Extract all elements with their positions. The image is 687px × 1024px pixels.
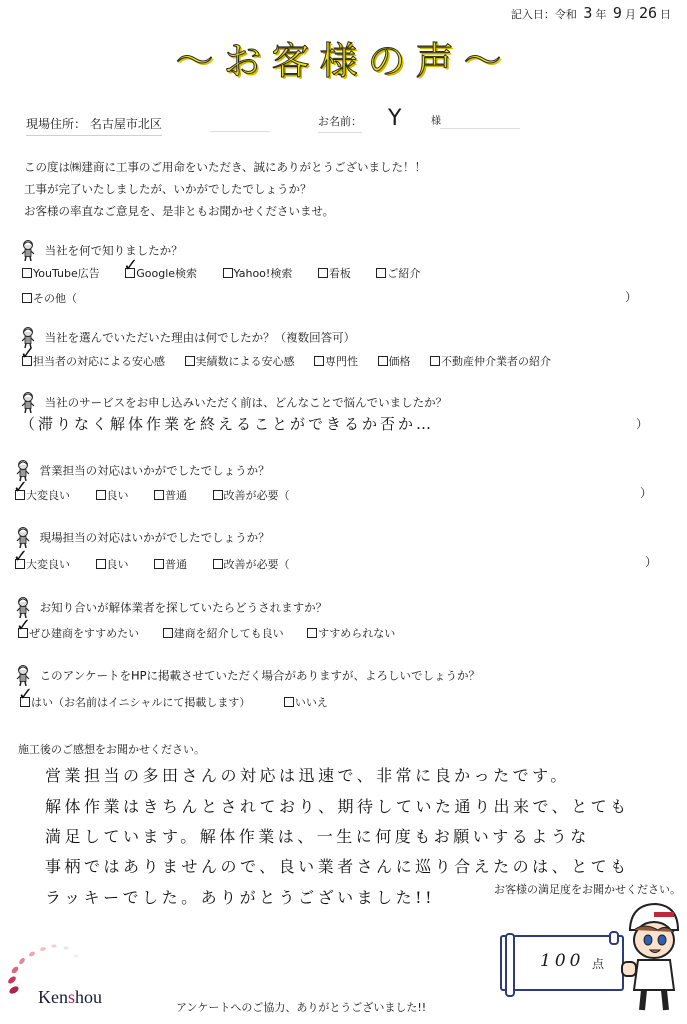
question-2: 当社を選んでいただいた理由は何でしたか？（複数回答可） <box>20 327 355 349</box>
option-youtube[interactable]: YouTube広告 <box>22 265 100 281</box>
q6-options: ✓ぜひ建商をすすめたい 建商を紹介しても良い すすめられない <box>18 625 415 641</box>
year-unit: 年 <box>595 8 606 21</box>
logo-part: hou <box>75 987 102 1007</box>
question-text: 当社を選んでいただいた理由は何でしたか？（複数回答可） <box>45 331 356 345</box>
score-unit: 点 <box>592 955 604 972</box>
worker-icon <box>20 392 36 414</box>
option-average[interactable]: 普通 <box>154 487 187 503</box>
q3-answer: （滞りなく解体作業を終えることができるか否か… <box>20 413 434 434</box>
close-paren: ） <box>645 553 657 570</box>
option-label: Google検索 <box>136 267 197 280</box>
option-label: 専門性 <box>325 355 358 368</box>
option-price[interactable]: 価格 <box>378 353 411 369</box>
checkbox[interactable] <box>154 559 164 569</box>
option-no-publish[interactable]: いいえ <box>284 694 328 710</box>
option-good[interactable]: 良い <box>96 556 129 572</box>
option-label: Yahoo!検索 <box>234 267 293 280</box>
option-referral[interactable]: ご紹介 <box>376 265 420 281</box>
address-label: 現場住所： <box>26 117 86 131</box>
option-label: 担当者の対応による安心感 <box>33 355 165 368</box>
option-label: ご紹介 <box>387 267 420 280</box>
intro-line: お客様の率直なご意見を、是非ともお聞かせくださいませ。 <box>24 200 426 222</box>
checkbox[interactable] <box>22 293 32 303</box>
option-needs-improvement[interactable]: 改善が必要（ <box>213 556 290 572</box>
question-text: 現場担当の対応はいかがでしたでしょうか？ <box>40 531 270 545</box>
page-title: ～お客様の声～ <box>0 30 687 85</box>
checkbox[interactable] <box>430 356 440 366</box>
close-paren: ） <box>636 415 648 432</box>
question-3: 当社のサービスをお申し込みいただく前は、どんなことで悩んでいましたか？ <box>20 392 447 414</box>
option-not-recommend[interactable]: すすめられない <box>307 625 395 641</box>
option-label: 良い <box>107 489 129 502</box>
satisfaction-label: お客様の満足度をお聞かせください。 <box>494 881 681 897</box>
close-paren: ） <box>625 288 637 305</box>
option-staff-response[interactable]: ✓担当者の対応による安心感 <box>22 353 165 369</box>
option-signboard[interactable]: 看板 <box>318 265 351 281</box>
checkbox[interactable] <box>376 268 386 278</box>
handwritten-answer: 滞りなく解体作業を終えることができるか否か… <box>38 415 434 433</box>
q4-options: ✓大変良い 良い 普通 改善が必要（ <box>15 487 310 503</box>
date-month: 9 <box>613 4 622 22</box>
option-label: ぜひ建商をすすめたい <box>29 627 139 640</box>
question-text: 当社を何で知りましたか？ <box>45 244 183 258</box>
option-label: 不動産仲介業者の紹介 <box>441 355 551 368</box>
entry-date: 記入日：令和 3年 9月26日 <box>511 4 671 22</box>
check-mark-icon: ✓ <box>16 615 31 636</box>
option-label: 大変良い <box>26 558 70 571</box>
option-label: いいえ <box>295 696 328 709</box>
name-label: お名前： <box>318 113 362 133</box>
check-mark-icon: ✓ <box>20 343 35 364</box>
checkbox[interactable] <box>22 268 32 278</box>
option-label: はい（お名前はイニシャルにて掲載します） <box>31 696 250 709</box>
checkbox[interactable] <box>318 268 328 278</box>
q7-options: ✓はい（お名前はイニシャルにて掲載します） いいえ <box>20 694 348 710</box>
checkbox[interactable] <box>223 268 233 278</box>
question-text: 当社のサービスをお申し込みいただく前は、どんなことで悩んでいましたか？ <box>45 396 448 410</box>
question-1: 当社を何で知りましたか？ <box>20 240 183 262</box>
option-label: 価格 <box>389 355 411 368</box>
option-yes-publish[interactable]: ✓はい（お名前はイニシャルにて掲載します） <box>20 694 250 710</box>
intro-line: 工事が完了いたしましたが、いかがでしたでしょうか？ <box>24 178 426 200</box>
date-year: 3 <box>583 4 592 22</box>
option-label: 普通 <box>165 489 187 502</box>
q5-options: ✓大変良い 良い 普通 改善が必要（ <box>15 556 310 572</box>
question-7: このアンケートをHPに掲載させていただく場合がありますが、よろしいでしょうか？ <box>15 665 480 687</box>
question-5: 現場担当の対応はいかがでしたでしょうか？ <box>15 527 270 549</box>
option-realestate-referral[interactable]: 不動産仲介業者の紹介 <box>430 353 551 369</box>
comment-line: 解体作業はきちんとされており、期待していた通り出来で、とても <box>45 794 630 817</box>
option-google[interactable]: ✓Google検索 <box>125 265 197 281</box>
option-label: 実績数による安心感 <box>196 355 295 368</box>
checkbox[interactable] <box>213 490 223 500</box>
open-paren: （ <box>20 415 38 433</box>
checkbox[interactable] <box>284 697 294 707</box>
check-mark-icon: ✓ <box>123 255 138 276</box>
option-label: 普通 <box>165 558 187 571</box>
option-label: 改善が必要（ <box>224 489 290 502</box>
satisfaction-score: 100 <box>540 951 584 971</box>
checkbox[interactable] <box>185 356 195 366</box>
checkbox[interactable] <box>307 628 317 638</box>
q1-options: YouTube広告 ✓Google検索 Yahoo!検索 看板 ご紹介 <box>22 265 440 281</box>
comment-line: 営業担当の多田さんの対応は迅速で、非常に良かったです。 <box>45 763 570 786</box>
site-address: 現場住所： 名古屋市北区 <box>26 115 162 136</box>
option-may-introduce[interactable]: 建商を紹介しても良い <box>163 625 284 641</box>
question-text: このアンケートをHPに掲載させていただく場合がありますが、よろしいでしょうか？ <box>40 669 480 683</box>
option-label: すすめられない <box>318 627 395 640</box>
logo-accent: s <box>68 987 75 1007</box>
intro-text: この度は㈱建商に工事のご用命をいただき、誠にありがとうございました！！ 工事が完… <box>24 156 426 222</box>
checkbox[interactable] <box>96 490 106 500</box>
kenshou-logo-text: Kenshou <box>38 987 102 1008</box>
comment-line: 満足しています。解体作業は、一生に何度もお願いするような <box>45 824 590 847</box>
option-label: YouTube広告 <box>33 267 100 280</box>
comment-line: 事柄ではありませんので、良い業者さんに巡り合えたのは、とても <box>45 854 630 877</box>
option-recommend-strongly[interactable]: ✓ぜひ建商をすすめたい <box>18 625 139 641</box>
worker-icon <box>20 240 36 262</box>
checkbox[interactable] <box>213 559 223 569</box>
option-very-good[interactable]: ✓大変良い <box>15 556 70 572</box>
option-average[interactable]: 普通 <box>154 556 187 572</box>
option-label: 建商を紹介しても良い <box>174 627 284 640</box>
address-value: 名古屋市北区 <box>90 117 162 131</box>
checkbox[interactable] <box>154 490 164 500</box>
logo-part: Ken <box>38 987 68 1007</box>
date-label: 記入日：令和 <box>511 8 577 21</box>
question-6: お知り合いが解体業者を探していたらどうされますか？ <box>15 597 327 619</box>
check-mark-icon: ✓ <box>13 477 28 498</box>
option-expertise[interactable]: 専門性 <box>314 353 358 369</box>
name-underline <box>440 128 520 129</box>
check-mark-icon: ✓ <box>13 546 28 567</box>
q2-options: ✓担当者の対応による安心感 実績数による安心感 専門性 価格 不動産仲介業者の紹… <box>22 353 571 369</box>
option-label: 大変良い <box>26 489 70 502</box>
option-good[interactable]: 良い <box>96 487 129 503</box>
day-unit: 日 <box>660 8 671 21</box>
option-label: 良い <box>107 558 129 571</box>
option-needs-improvement[interactable]: 改善が必要（ <box>213 487 290 503</box>
option-yahoo[interactable]: Yahoo!検索 <box>223 265 293 281</box>
checkbox[interactable] <box>314 356 324 366</box>
satisfaction-score-scroll: 100 点 <box>500 935 624 991</box>
checkbox[interactable] <box>96 559 106 569</box>
comments-label: 施工後のご感想をお聞かせください。 <box>18 741 205 757</box>
thanks-message: アンケートへのご協力、ありがとうございました!! <box>176 999 426 1015</box>
month-unit: 月 <box>625 8 636 21</box>
address-underline <box>210 131 270 132</box>
checkbox[interactable] <box>378 356 388 366</box>
customer-name: Y <box>388 106 401 131</box>
option-label: 改善が必要（ <box>224 558 290 571</box>
checkbox[interactable] <box>163 628 173 638</box>
check-mark-icon: ✓ <box>18 684 33 705</box>
mascot-worker-icon <box>620 900 684 1012</box>
option-label: その他（ <box>33 292 77 305</box>
comment-line: ラッキーでした。ありがとうございました!! <box>45 885 435 908</box>
date-day: 26 <box>639 4 657 22</box>
question-text: 営業担当の対応はいかがでしたでしょうか？ <box>40 464 270 478</box>
option-label: 看板 <box>329 267 351 280</box>
option-other[interactable]: その他（ <box>22 290 77 306</box>
intro-line: この度は㈱建商に工事のご用命をいただき、誠にありがとうございました！！ <box>24 156 426 178</box>
question-text: お知り合いが解体業者を探していたらどうされますか？ <box>40 601 328 615</box>
honorific: 様 <box>431 112 441 127</box>
close-paren: ） <box>640 484 652 501</box>
option-very-good[interactable]: ✓大変良い <box>15 487 70 503</box>
question-4: 営業担当の対応はいかがでしたでしょうか？ <box>15 460 270 482</box>
option-track-record[interactable]: 実績数による安心感 <box>185 353 295 369</box>
